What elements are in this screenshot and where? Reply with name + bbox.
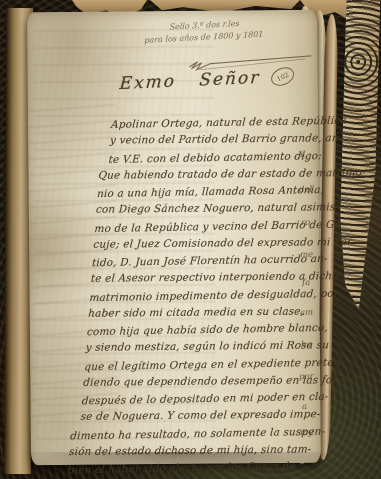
manuscript-line: y siendo mestiza, según lo indicó mi Ros… <box>85 338 321 358</box>
edge-text-fragment: am <box>300 308 313 318</box>
edge-text-fragment: por <box>299 372 314 383</box>
manuscript-line: con Diego Sánchez Noguero, natural asimi… <box>95 199 331 219</box>
edge-text-fragment: a <box>302 402 307 412</box>
edge-text-fragment: ro <box>301 218 311 228</box>
edge-text-fragment: il. <box>300 150 308 160</box>
folio-number: 102 <box>275 70 290 82</box>
petition-body-text: Apolinar Ortega, natural de esta Repúbli… <box>76 113 338 479</box>
manuscript-line: se de Noguera. Y como del expresado impe… <box>80 407 316 427</box>
page-bottom-shadow <box>20 452 340 472</box>
sealed-paper-heading: Sello 3.º dos r.les para los años de 180… <box>119 15 290 48</box>
edge-text-fragment: ha <box>301 340 312 350</box>
edge-text-fragment: me <box>300 250 313 260</box>
manuscript-page: Sello 3.º dos r.les para los años de 180… <box>27 10 321 466</box>
manuscript-photo: Sello 3.º dos r.les para los años de 180… <box>0 0 381 479</box>
manuscript-line: y vecino del Partido del Barrio grande, … <box>109 130 336 150</box>
edge-text-fragment: del <box>299 185 313 195</box>
manuscript-line: te el Asesor respectivo interponiendo a … <box>90 269 326 289</box>
edge-text-fragment: my <box>300 428 313 438</box>
edge-text-fragment: fa <box>302 278 311 288</box>
